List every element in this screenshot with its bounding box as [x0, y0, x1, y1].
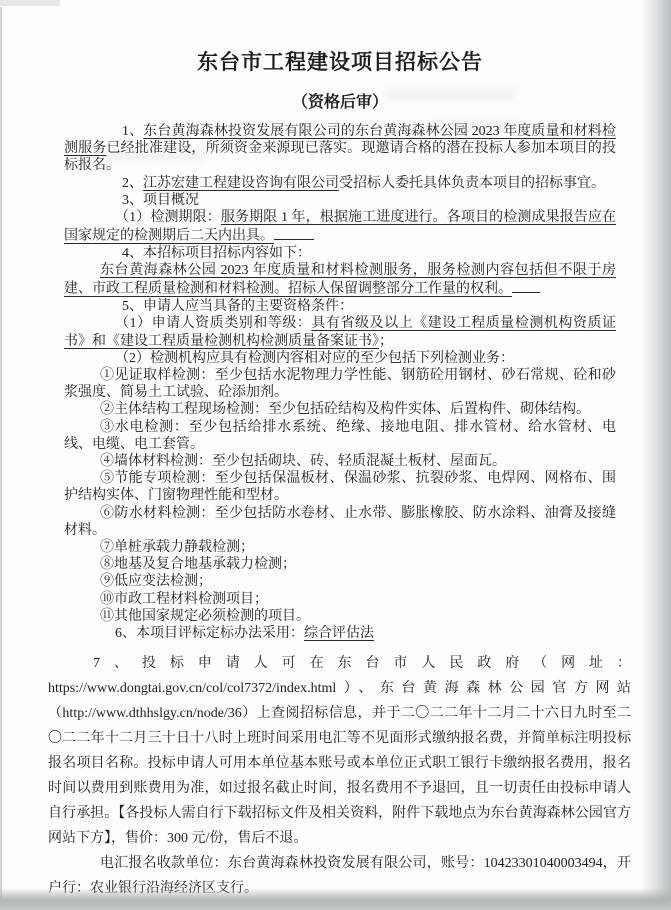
para-item-5-heading: 5、申请人应当具备的主要资格条件： — [64, 298, 616, 315]
para-item-4-body: 东台黄海森林公园 2023 年度质量和材料检测服务，服务检测内容包括但不限于房建… — [64, 262, 616, 298]
para-item-4-heading: 4、本招标项目招标内容如下： — [64, 245, 616, 262]
para-item-2: 2、江苏宏建工程建设咨询有限公司受招标人委托具体负责本项目的招标事宜。 — [64, 175, 616, 192]
para-item-1: 1、东台黄海森林投资发展有限公司的东台黄海森林公园 2023 年度质量和材料检测… — [64, 123, 616, 175]
para-item-6: 6、本项目评标定标办法采用：综合评估法 — [64, 625, 616, 642]
list-item-service-2: ②主体结构工程现场检测：至少包括砼结构及构件实体、后置构件、砌体结构。 — [64, 401, 616, 418]
item-number: 2、 — [122, 176, 143, 191]
para-item-5-sub2: （2）检测机构应具有检测内容相对应的至少包括下列检测业务： — [64, 350, 616, 367]
list-item-service-1: ①见证取样检测：至少包括水泥物理力学性能、钢筋砼用钢材、砂石常规、砼和砂浆强度、… — [64, 367, 616, 401]
para-item-7: 7、投标申请人可在东台市人民政府（网址：https://www.dongtai.… — [48, 651, 631, 851]
para-item-3-sub1: （1）检测期限：服务期限 1 年，根据施工进度进行。各项目的检测成果报告应在国家… — [64, 209, 616, 245]
page-subtitle: （资格后审） — [64, 89, 616, 112]
list-item-service-11: ⑪其他国家规定必须检测的项目。 — [64, 608, 616, 625]
scan-edge-bottom — [0, 888, 671, 910]
sub-item-tail: ； — [379, 334, 393, 349]
underline-extension — [512, 279, 540, 293]
underlined-agency-name: 江苏宏建工程建设咨询有限公司 — [143, 176, 339, 191]
scan-edge-top — [0, 0, 60, 6]
document-body: 东台市工程建设项目招标公告 （资格后审） 1、东台黄海森林投资发展有限公司的东台… — [64, 46, 616, 901]
item-text: 已经批准建设，所须资金来源现已落实。现邀请合格的潜在投标人参加本项目的投标报名。 — [64, 141, 616, 173]
list-item-service-3: ③水电检测：至少包括给排水系统、绝缘、接地电阻、排水管材、给水管材、电线、电缆、… — [64, 419, 616, 453]
list-item-service-7: ⑦单桩承载力静载检测； — [64, 539, 616, 556]
list-item-service-6: ⑥防水材料检测：至少包括防水卷材、止水带、膨胀橡胶、防水涂料、油膏及接缝材料。 — [64, 505, 616, 539]
list-item-service-10: ⑩市政工程材料检测项目； — [64, 591, 616, 608]
para-item-3-heading: 3、项目概况 — [64, 192, 616, 209]
page-title: 东台市工程建设项目招标公告 — [64, 46, 616, 76]
list-item-service-4: ④墙体材料检测：至少包括砌块、砖、轻质混凝土板材、屋面瓦。 — [64, 453, 616, 470]
list-item-service-9: ⑨低应变法检测； — [64, 573, 616, 590]
sub-item-label: （1）申请人资质类别和等级： — [115, 316, 311, 331]
announcement-main-block: 1、东台黄海森林投资发展有限公司的东台黄海森林公园 2023 年度质量和材料检测… — [64, 123, 616, 642]
list-item-service-5: ⑤节能专项检测：至少包括保温板材、保温砂浆、抗裂砂浆、电焊网、网格布、围护结构实… — [64, 470, 616, 504]
underlined-evaluation-method: 综合评估法 — [304, 626, 374, 641]
underline-extension — [274, 226, 314, 240]
scanned-document-page: 东台市工程建设项目招标公告 （资格后审） 1、东台黄海森林投资发展有限公司的东台… — [0, 0, 671, 910]
scan-edge-right — [641, 0, 671, 910]
item-text: 受招标人委托具体负责本项目的招标事宜。 — [339, 176, 605, 191]
announcement-registration-block: 7、投标申请人可在东台市人民政府（网址：https://www.dongtai.… — [48, 651, 631, 901]
item-number: 1、 — [122, 124, 143, 139]
item-label: 6、本项目评标定标办法采用： — [115, 626, 304, 641]
sub-item-label: （1）检测期限： — [115, 210, 221, 225]
para-item-5-sub1: （1）申请人资质类别和等级：具有省级及以上《建设工程质量检测机构资质证书》和《建… — [64, 315, 616, 349]
scan-edge-left — [0, 7, 2, 910]
list-item-service-8: ⑧地基及复合地基承载力检测； — [64, 556, 616, 573]
